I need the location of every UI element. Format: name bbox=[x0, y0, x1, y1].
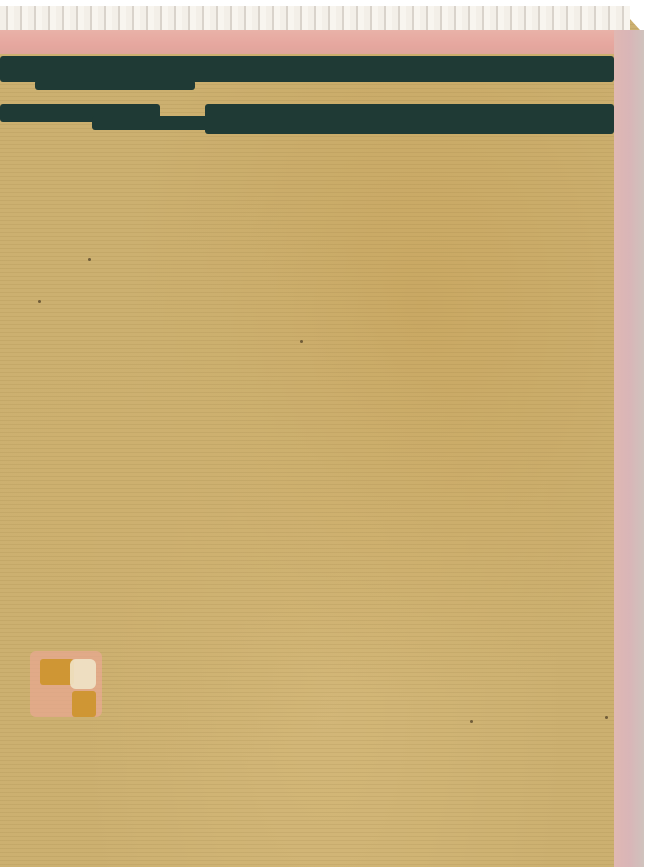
rug-border-top bbox=[0, 30, 636, 54]
speck bbox=[300, 340, 303, 343]
lower-dark-stripe-right bbox=[205, 104, 614, 134]
rug-photo bbox=[0, 0, 650, 867]
rug-border-right bbox=[614, 30, 644, 867]
lower-dark-stripe-mid bbox=[92, 116, 212, 130]
rug-fringe bbox=[0, 6, 630, 33]
speck bbox=[88, 258, 91, 261]
speck bbox=[605, 716, 608, 719]
upper-dark-stripe-drip bbox=[35, 80, 195, 90]
floral-motif bbox=[22, 645, 110, 725]
upper-dark-stripe bbox=[0, 56, 614, 82]
speck bbox=[38, 300, 41, 303]
speck bbox=[470, 720, 473, 723]
